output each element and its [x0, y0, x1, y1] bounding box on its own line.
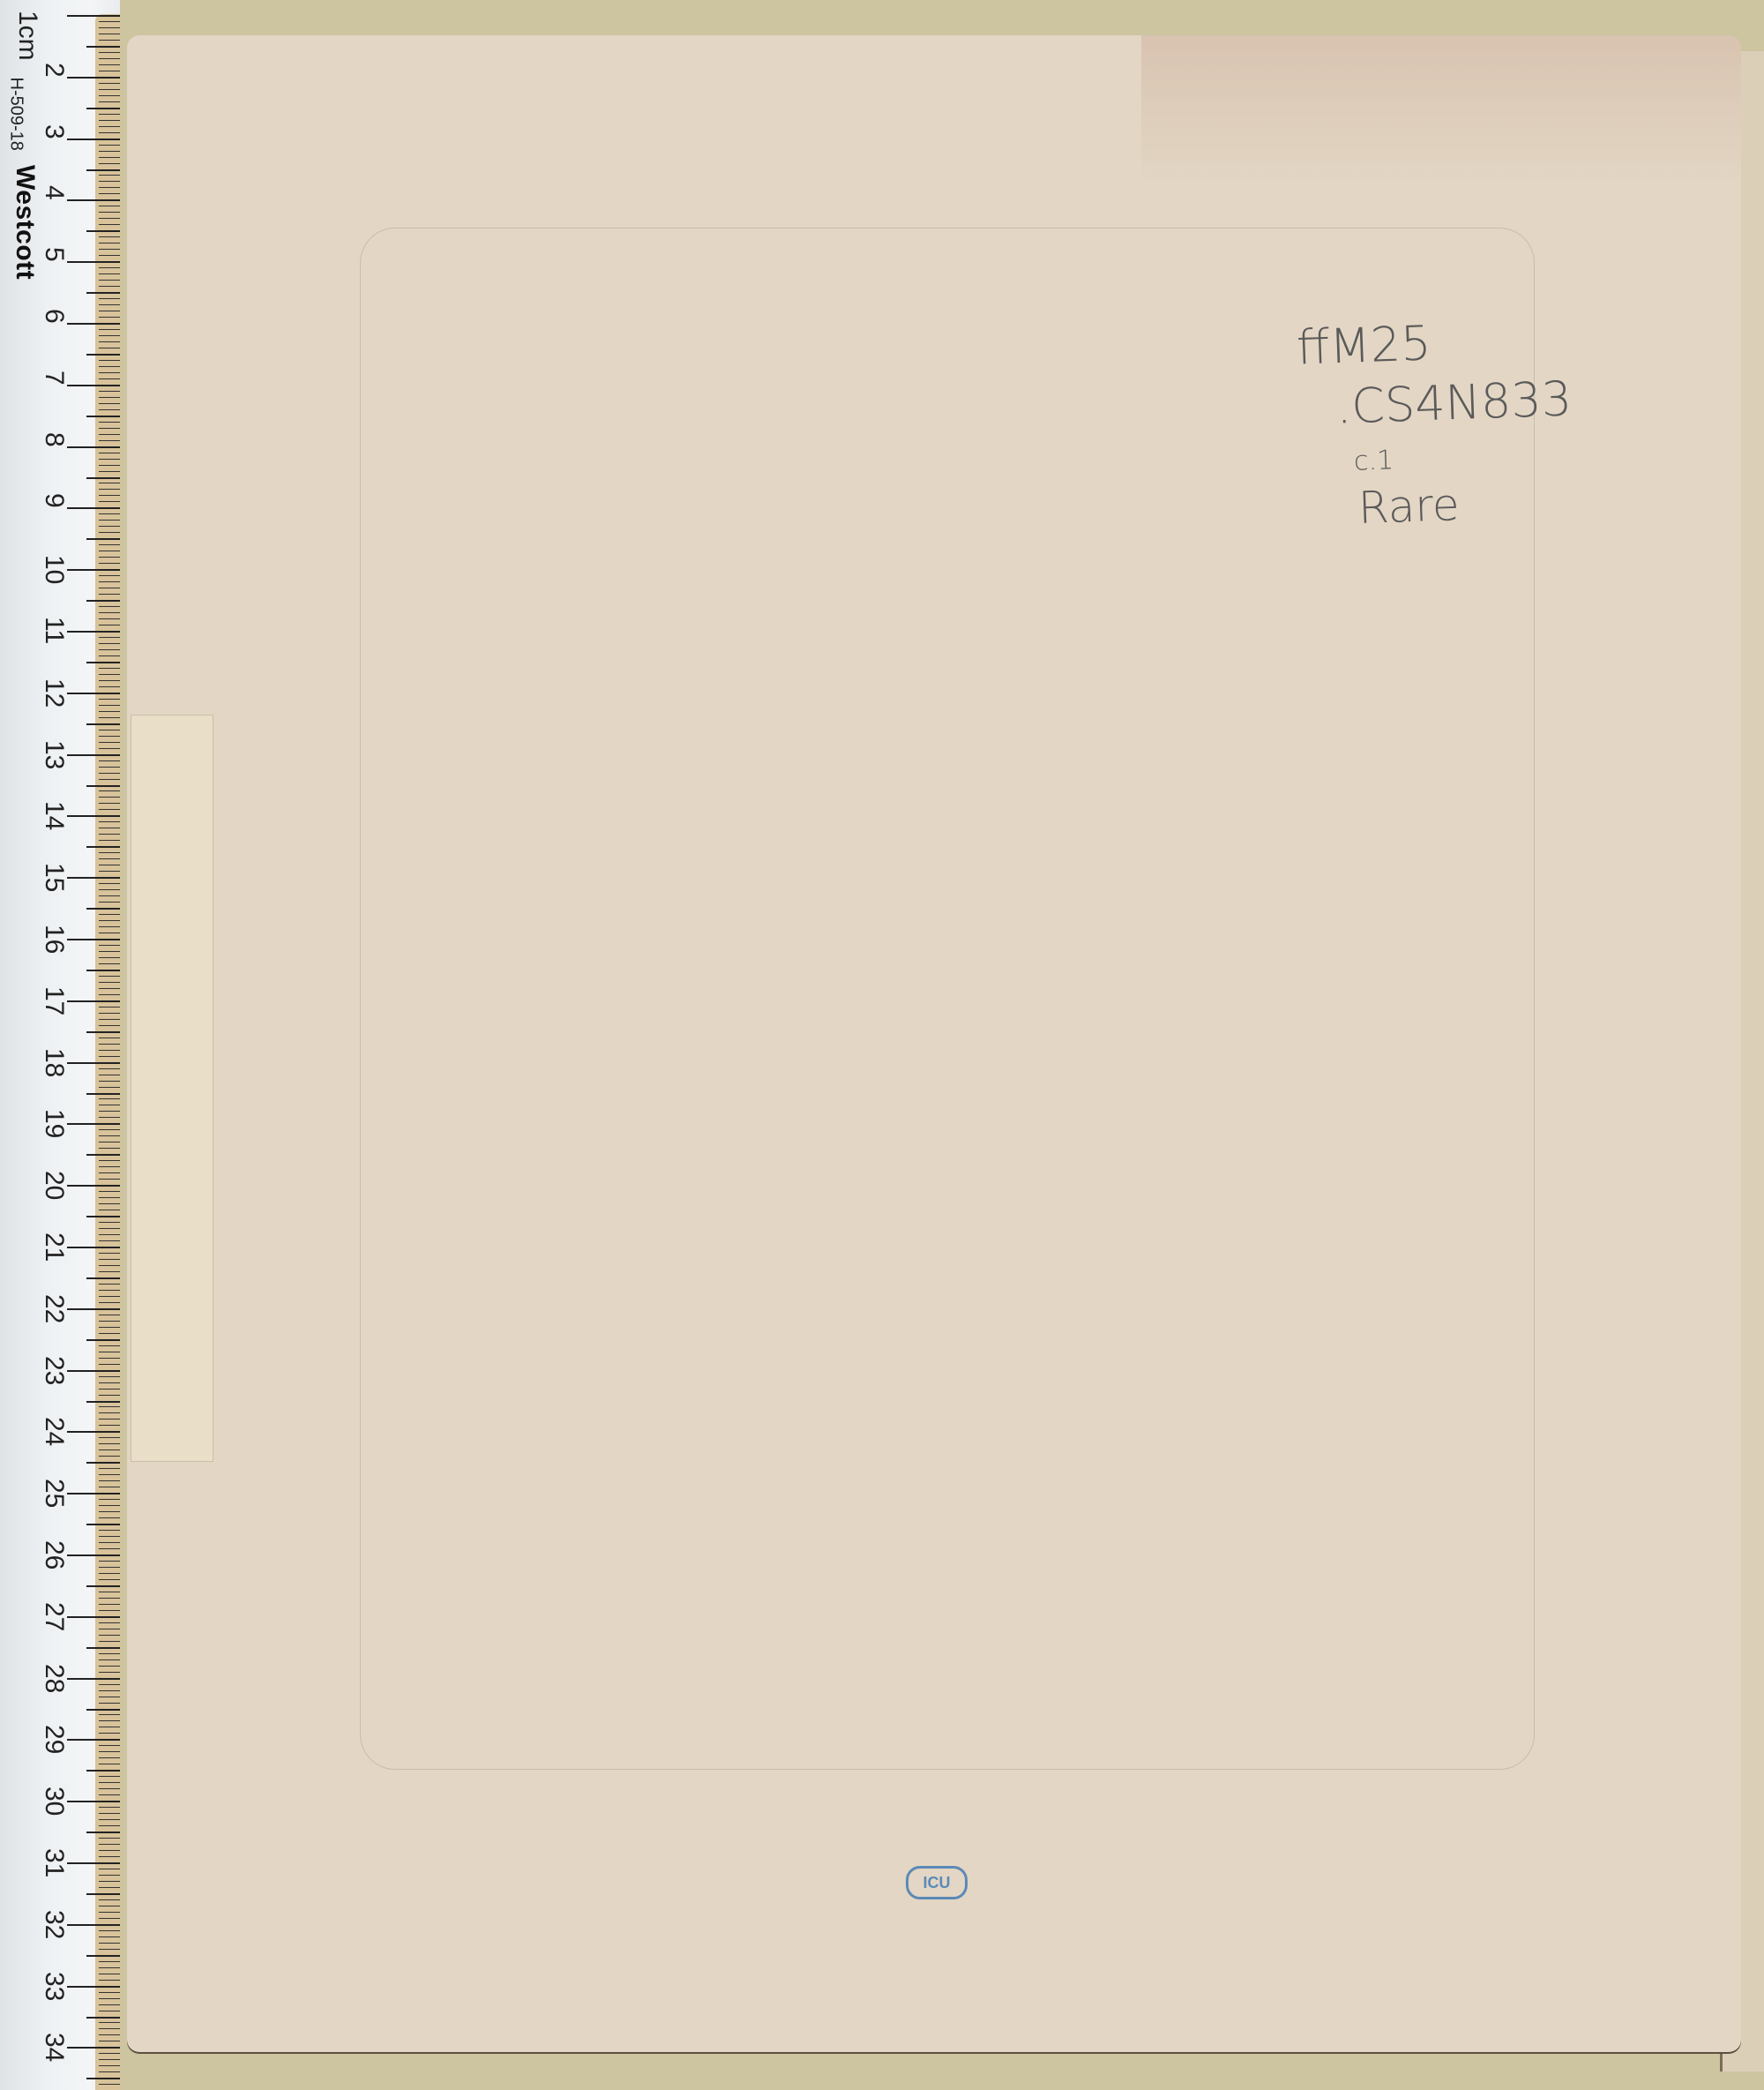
ruler-tick: [99, 668, 120, 669]
ruler-tick: [99, 187, 120, 188]
ruler-tick: [99, 175, 120, 176]
ruler-tick: [67, 877, 120, 879]
ruler-tick: [99, 705, 120, 706]
ruler-tick: [86, 1401, 120, 1403]
ruler-tick: [99, 145, 120, 146]
ruler-tick: [99, 101, 120, 102]
ruler-tick: [67, 939, 120, 940]
ruler-tick: [99, 1499, 120, 1500]
ruler-tick: [99, 1327, 120, 1328]
ruler-tick: [99, 1794, 120, 1795]
ruler-tick: [99, 945, 120, 946]
ruler-tick: [99, 132, 120, 133]
ruler-tick: [99, 428, 120, 429]
ruler-tick: [99, 1666, 120, 1667]
ruler-number: 28: [39, 1664, 69, 1693]
ruler-tick: [99, 434, 120, 435]
ruler-tick: [99, 1197, 120, 1198]
ruler-tick: [99, 1561, 120, 1562]
ruler-tick: [99, 58, 120, 59]
ruler-tick: [99, 1240, 120, 1241]
ruler-tick: [99, 883, 120, 884]
ruler-tick: [86, 1832, 120, 1833]
ruler-tick: [99, 495, 120, 496]
ruler-tick: [99, 594, 120, 595]
ruler-tick: [86, 1462, 120, 1464]
ruler-tick: [99, 1105, 120, 1105]
ruler-tick: [99, 1592, 120, 1592]
ruler-number: 19: [39, 1109, 69, 1138]
ruler-tick: [99, 34, 120, 34]
ruler-tick: [86, 970, 120, 971]
ruler-number: 16: [39, 925, 69, 954]
ruler-number: 7: [39, 371, 69, 386]
ruler-tick: [99, 1703, 120, 1704]
ruler-tick: [99, 181, 120, 182]
ruler-tick: [99, 803, 120, 804]
ruler-tick: [99, 21, 120, 22]
ruler-tick: [67, 1554, 120, 1556]
ruler-tick: [99, 1302, 120, 1303]
ruler-scale-strip: [95, 14, 120, 2090]
ruler-tick: [99, 606, 120, 607]
ruler-tick: [99, 120, 120, 121]
call-number-line-2: .CS4N833: [1335, 371, 1573, 434]
ruler-number: 13: [39, 740, 69, 769]
ruler-tick: [99, 1087, 120, 1088]
ruler-tick: [99, 2084, 120, 2085]
ruler-tick: [99, 243, 120, 243]
ruler-number: 21: [39, 1232, 69, 1262]
ruler-number: 6: [39, 309, 69, 324]
ruler-tick: [99, 1659, 120, 1660]
ruler-tick: [99, 1480, 120, 1481]
ruler-tick: [86, 846, 120, 848]
ruler-tick: [86, 1339, 120, 1341]
ruler-tick: [99, 27, 120, 28]
ruler-tick: [86, 662, 120, 663]
ruler-tick: [99, 1936, 120, 1937]
ruler-tick: [99, 1056, 120, 1057]
ruler-tick: [99, 2004, 120, 2005]
ruler-tick: [67, 1616, 120, 1618]
ruler-tick: [67, 631, 120, 633]
ruler-number: 14: [39, 801, 69, 830]
ruler-number: 5: [39, 247, 69, 262]
ruler-tick: [99, 686, 120, 687]
ruler-tick: [67, 1924, 120, 1926]
ruler-tick: [99, 2022, 120, 2023]
ruler-tick: [99, 1505, 120, 1506]
ruler-tick: [99, 64, 120, 65]
ruler-tick: [99, 193, 120, 194]
ruler-tick: [99, 1376, 120, 1377]
ruler-tick: [99, 1296, 120, 1297]
ruler-tick: [86, 46, 120, 48]
ruler-tick: [99, 951, 120, 952]
ruler-tick: [86, 908, 120, 910]
ruler-tick: [99, 1974, 120, 1974]
ruler-number: 23: [39, 1356, 69, 1385]
ruler-tick: [67, 323, 120, 325]
ruler-tick: [99, 1437, 120, 1438]
ruler-tick: [86, 1093, 120, 1095]
ruler-tick: [86, 1893, 120, 1895]
ruler-tick: [86, 477, 120, 479]
ruler-tick: [86, 538, 120, 540]
ruler-tick: [99, 895, 120, 896]
ruler-number: 33: [39, 1972, 69, 2001]
library-stamp: ICU: [906, 1866, 968, 1899]
ruler-tick: [99, 1352, 120, 1352]
ruler-tick: [99, 1129, 120, 1130]
ruler-tick: [99, 1487, 120, 1487]
ruler-tick: [99, 280, 120, 281]
ruler-tick: [99, 1949, 120, 1950]
ruler-tick: [99, 1166, 120, 1167]
ruler-tick: [99, 1672, 120, 1673]
ruler-number: 10: [39, 555, 69, 584]
ruler-tick: [99, 575, 120, 576]
ruler-tick: [99, 1075, 120, 1075]
ruler-tick: [99, 1111, 120, 1112]
ruler-tick: [67, 1431, 120, 1433]
ruler-tick: [99, 329, 120, 330]
paper-hinge-tab: [131, 715, 213, 1462]
ruler-number: 25: [39, 1479, 69, 1508]
ruler-tick: [99, 976, 120, 977]
ruler-tick: [86, 1647, 120, 1649]
ruler-tick: [99, 1160, 120, 1161]
ruler-tick: [99, 1906, 120, 1906]
ruler-tick: [99, 1542, 120, 1543]
ruler-tick: [99, 1290, 120, 1291]
ruler-tick: [99, 440, 120, 441]
ruler-tick: [99, 957, 120, 958]
ruler-number: 12: [39, 678, 69, 708]
ruler-tick: [99, 1406, 120, 1407]
ruler-tick: [67, 1247, 120, 1248]
ruler-tick: [99, 551, 120, 551]
ruler-tick: [99, 834, 120, 835]
ruler-tick: [99, 1530, 120, 1531]
ruler-tick: [99, 1776, 120, 1777]
ruler-tick: [99, 1148, 120, 1149]
ruler-tick: [99, 871, 120, 872]
ruler-tick: [99, 557, 120, 558]
ruler-tick: [99, 736, 120, 737]
ruler-tick: [99, 581, 120, 582]
rare-note: Rare: [1357, 479, 1460, 534]
ruler-tick: [99, 1610, 120, 1611]
ruler-tick: [99, 255, 120, 256]
ruler-tick: [99, 1992, 120, 1993]
ruler-tick: [99, 501, 120, 502]
ruler-tick: [99, 1511, 120, 1512]
ruler-tick: [99, 1333, 120, 1334]
ruler-tick: [99, 1967, 120, 1968]
ruler-tick: [99, 1881, 120, 1882]
ruler-tick: [99, 453, 120, 453]
ruler-tick: [99, 902, 120, 903]
ruler-tick: [99, 1622, 120, 1623]
ruler-tick: [99, 483, 120, 483]
ruler-tick: [99, 1733, 120, 1734]
ruler-tick: [99, 1315, 120, 1315]
ruler-tick: [99, 1025, 120, 1026]
ruler-tick: [99, 1548, 120, 1549]
ruler-tick: [99, 674, 120, 675]
ruler-tick: [99, 625, 120, 626]
ruler-tick: [99, 1745, 120, 1746]
ruler-tick: [67, 1862, 120, 1864]
ruler-tick: [67, 1370, 120, 1372]
ruler-tick: [99, 224, 120, 225]
ruler-tick: [99, 1007, 120, 1008]
ruler-tick: [86, 1216, 120, 1217]
ruler-tick: [99, 1813, 120, 1814]
ruler-tick: [99, 1598, 120, 1599]
ruler-tick: [99, 797, 120, 798]
ruler-tick: [99, 372, 120, 373]
ruler-tick: [99, 1930, 120, 1931]
ruler-tick: [99, 114, 120, 115]
ruler-tick: [99, 643, 120, 644]
ruler-tick: [86, 1277, 120, 1279]
ruler-tick: [99, 779, 120, 780]
ruler-tick: [99, 1819, 120, 1820]
ruler-tick: [67, 2047, 120, 2049]
ruler-tick: [99, 2059, 120, 2060]
ruler-tick: [99, 1567, 120, 1568]
ruler-tick: [99, 311, 120, 311]
ruler-number: 2: [39, 63, 69, 78]
ruler-tick: [99, 520, 120, 521]
ruler-tick: [99, 1579, 120, 1580]
ruler-number: 30: [39, 1787, 69, 1816]
ruler-tick: [99, 40, 120, 41]
measurement-ruler: Westcott H-509-18 1cm 234567891011121314…: [0, 0, 120, 2090]
ruler-tick: [99, 1573, 120, 1574]
ruler-tick: [99, 1764, 120, 1764]
ruler-tick: [99, 742, 120, 743]
ruler-tick: [99, 526, 120, 527]
ruler-number: 18: [39, 1048, 69, 1077]
ruler-tick: [99, 1869, 120, 1869]
ruler-tick: [67, 385, 120, 386]
ruler-number: 15: [39, 863, 69, 892]
ruler-tick: [99, 403, 120, 404]
ruler-tick: [99, 588, 120, 588]
ruler-tick: [99, 649, 120, 650]
ruler-tick: [86, 1031, 120, 1033]
ruler-tick: [99, 852, 120, 853]
water-stain: [1141, 35, 1741, 185]
ruler-tick: [99, 366, 120, 367]
ruler-tick: [99, 1210, 120, 1210]
ruler-tick: [99, 1912, 120, 1913]
ruler-tick: [99, 1265, 120, 1266]
ruler-tick: [99, 236, 120, 237]
ruler-tick: [99, 933, 120, 933]
ruler-tick: [99, 2011, 120, 2011]
ruler-tick: [99, 1782, 120, 1783]
ruler-tick: [99, 1943, 120, 1944]
ruler-number: 8: [39, 432, 69, 447]
ruler-tick: [99, 1875, 120, 1876]
ruler-tick: [99, 1850, 120, 1851]
ruler-tick: [67, 754, 120, 756]
ruler-tick: [99, 2028, 120, 2029]
ruler-tick: [86, 1585, 120, 1587]
ruler-tick: [99, 465, 120, 466]
ruler-number: 24: [39, 1417, 69, 1446]
ruler-tick: [67, 1062, 120, 1064]
ruler-tick: [99, 1998, 120, 1999]
ruler-tick: [99, 1050, 120, 1051]
ruler-tick: [99, 1321, 120, 1322]
ruler-tick: [86, 108, 120, 109]
ruler-tick: [99, 1271, 120, 1272]
ruler-number: 17: [39, 986, 69, 1015]
ruler-tick: [99, 83, 120, 84]
ruler-tick: [99, 2065, 120, 2066]
ruler-tick: [67, 15, 120, 17]
ruler-tick: [99, 1412, 120, 1413]
ruler-tick: [99, 865, 120, 865]
ruler-tick: [99, 914, 120, 915]
ruler-tick: [67, 446, 120, 448]
ruler-number: 27: [39, 1602, 69, 1631]
ruler-tick: [99, 151, 120, 152]
ruler-tick: [99, 1013, 120, 1014]
ruler-tick: [99, 1720, 120, 1721]
ruler-tick: [99, 767, 120, 768]
ruler-tick: [99, 1825, 120, 1826]
ruler-tick: [99, 730, 120, 730]
ruler-tick: [67, 139, 120, 140]
ruler-tick: [99, 1259, 120, 1260]
ruler-tick: [99, 2034, 120, 2035]
ruler-tick: [99, 1856, 120, 1857]
ruler-tick: [99, 249, 120, 250]
ruler-tick: [99, 513, 120, 514]
ruler-tick: [99, 218, 120, 219]
ruler-tick: [99, 1980, 120, 1981]
ruler-tick: [99, 680, 120, 681]
ruler-tick: [99, 821, 120, 822]
ruler-tick: [99, 717, 120, 718]
ruler-tick: [99, 267, 120, 268]
ruler-number: 32: [39, 1910, 69, 1939]
ruler-tick: [99, 1345, 120, 1346]
ruler-tick: [99, 1135, 120, 1136]
ruler-tick: [99, 773, 120, 774]
ruler-tick: [99, 1838, 120, 1839]
ruler-number: 9: [39, 493, 69, 508]
ruler-tick: [99, 699, 120, 700]
ruler-tick: [99, 982, 120, 983]
ruler-tick: [67, 507, 120, 509]
ruler-tick: [99, 89, 120, 90]
ruler-tick: [67, 1739, 120, 1741]
call-number-line-1: ffM25: [1296, 315, 1432, 375]
ruler-tick: [99, 988, 120, 989]
ruler-tick: [99, 1253, 120, 1254]
ruler-tick: [99, 1117, 120, 1118]
copy-number: c.1: [1353, 445, 1394, 477]
ruler-tick: [99, 95, 120, 96]
ruler-unit-label: 1cm: [12, 11, 42, 61]
ruler-tick: [99, 52, 120, 53]
ruler-tick: [99, 378, 120, 379]
ruler-tick: [99, 1844, 120, 1845]
ruler-tick: [99, 760, 120, 761]
ruler-number: 11: [39, 617, 69, 644]
ruler-tick: [99, 1641, 120, 1642]
ruler-number: 20: [39, 1171, 69, 1200]
ruler-tick: [99, 273, 120, 274]
ruler-tick: [86, 169, 120, 171]
ruler-tick: [67, 261, 120, 263]
ruler-tick: [99, 1098, 120, 1099]
ruler-tick: [99, 1358, 120, 1359]
ruler-tick: [99, 748, 120, 749]
ruler-tick: [99, 1714, 120, 1715]
ruler-tick: [99, 206, 120, 206]
ruler-tick: [99, 341, 120, 342]
ruler-tick: [99, 1807, 120, 1808]
ruler-tick: [99, 828, 120, 828]
ruler-tick: [99, 1788, 120, 1789]
ruler-tick: [99, 711, 120, 712]
ruler-tick: [99, 391, 120, 392]
ruler-tick: [99, 1425, 120, 1426]
ruler-tick: [99, 1918, 120, 1919]
ruler-tick: [99, 963, 120, 964]
ruler-tick: [86, 1524, 120, 1525]
ruler-tick: [99, 1364, 120, 1365]
ruler-tick: [99, 286, 120, 287]
ruler-tick: [99, 471, 120, 472]
ruler-tick: [99, 1727, 120, 1727]
ruler-tick: [99, 1604, 120, 1605]
ruler-tick: [99, 1757, 120, 1758]
ruler-tick: [99, 360, 120, 361]
ruler-tick: [99, 1961, 120, 1962]
ruler-tick: [99, 532, 120, 533]
ruler-tick: [99, 1172, 120, 1173]
ruler-tick: [99, 655, 120, 656]
ruler-tick: [99, 2071, 120, 2072]
ruler-tick: [99, 1456, 120, 1457]
ruler-tick: [99, 304, 120, 305]
ruler-tick: [67, 1678, 120, 1680]
ruler-tick: [99, 889, 120, 890]
ruler-tick: [86, 785, 120, 787]
ruler-tick: [67, 1123, 120, 1125]
ruler-tick: [99, 544, 120, 545]
ruler-tick: [99, 459, 120, 460]
ruler-tick: [99, 858, 120, 859]
ruler-tick: [86, 1154, 120, 1156]
ruler-tick: [86, 2078, 120, 2079]
ruler-number: 31: [39, 1848, 69, 1877]
ruler-tick: [99, 1389, 120, 1390]
ruler-tick: [99, 489, 120, 490]
ruler-tick: [99, 1899, 120, 1900]
ruler-tick: [99, 840, 120, 841]
